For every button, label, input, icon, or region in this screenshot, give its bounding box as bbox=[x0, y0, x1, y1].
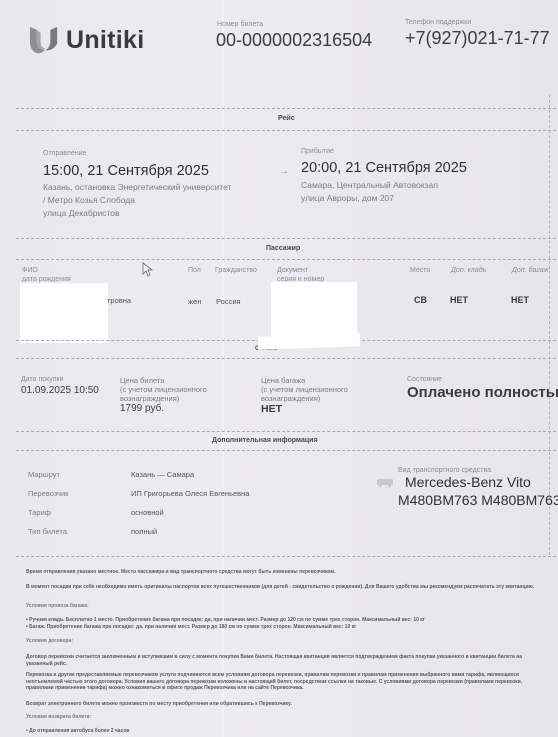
route-label: Маршрут bbox=[28, 470, 60, 479]
paper-edge bbox=[549, 95, 550, 555]
divider bbox=[16, 130, 556, 131]
support-phone-label: Телефон поддержки bbox=[405, 19, 471, 26]
ticket-number-label: Номер билета bbox=[217, 21, 263, 28]
divider bbox=[16, 450, 556, 451]
fine-print-baggage: • Багаж. Приобретение багажа при посадке… bbox=[26, 624, 550, 631]
section-title-additional: Дополнительная информация bbox=[212, 437, 318, 444]
divider bbox=[16, 259, 556, 260]
fine-print-contract-heading: Условия договора: bbox=[26, 638, 550, 645]
divider bbox=[16, 358, 556, 359]
passenger-carry-on: НЕТ bbox=[450, 295, 468, 305]
vehicle-plates: М480ВМ763 М480ВМ763 bbox=[398, 492, 558, 508]
mouse-cursor-icon bbox=[142, 262, 153, 277]
divider bbox=[16, 556, 556, 557]
redaction-overlap bbox=[258, 333, 360, 350]
section-title-trip: Рейс bbox=[278, 115, 295, 122]
baggage-price-sub: (с учетом лицензионного bbox=[261, 385, 348, 394]
arrival-address-line: улица Авроры, дом 207 bbox=[301, 192, 438, 205]
divider bbox=[16, 431, 556, 432]
col-document-label: Документ bbox=[277, 266, 324, 275]
departure-label: Отправление bbox=[43, 150, 86, 157]
tariff-value: основной bbox=[131, 508, 164, 517]
tariff-label: Тариф bbox=[28, 508, 51, 517]
ticket-price-label-block: Цена билета (с учетом лицензионного возн… bbox=[120, 376, 207, 403]
brand-logo: Unitiki bbox=[28, 24, 145, 57]
col-name: ФИО дата рождения bbox=[22, 266, 71, 284]
support-phone: +7(927)021-71-77 bbox=[405, 28, 550, 49]
carrier-label: Перевозчик bbox=[28, 489, 68, 498]
baggage-price-label: Цена багажа bbox=[261, 376, 348, 385]
ticket-price-sub: (с учетом лицензионного bbox=[120, 385, 207, 394]
departure-address-line: улица Декабристов bbox=[43, 207, 231, 220]
fine-print-refund-heading: Условия возврата билета: bbox=[26, 714, 550, 721]
fine-print-baggage-heading: Условия провоза багажа: bbox=[26, 603, 550, 610]
col-gender: Пол bbox=[188, 266, 201, 275]
departure-time: 15:00, 21 Сентября 2025 bbox=[43, 163, 209, 179]
col-carry-on: Доп. кладь bbox=[451, 266, 486, 275]
arrival-address: Самара, Центральный Автовокзал улица Авр… bbox=[301, 179, 438, 205]
fine-print-refund: Возврат электронного билета можно произв… bbox=[26, 701, 550, 708]
route-value: Казань — Самара bbox=[131, 470, 194, 479]
vehicle-model: Mercedes-Benz Vito bbox=[405, 474, 531, 490]
arrow-right-icon: → bbox=[279, 166, 289, 177]
purchase-date: 01.09.2025 10:50 bbox=[21, 385, 99, 396]
col-seat: Место bbox=[410, 266, 430, 275]
departure-address-line: / Метро Козья Слобода bbox=[43, 194, 231, 207]
passenger-name: тровна bbox=[107, 296, 131, 305]
passenger-gender: жен bbox=[188, 297, 201, 306]
fine-print-contract: Договор перевозки считается заключенным … bbox=[26, 654, 550, 667]
col-name-label: ФИО bbox=[22, 266, 71, 275]
fine-print-carriage: Перевозка и другие предоставляемые перев… bbox=[26, 672, 550, 692]
divider bbox=[16, 108, 556, 109]
status-label: Состояние bbox=[407, 376, 442, 383]
departure-address-line: Казань, остановка Энергетический универс… bbox=[43, 181, 231, 194]
carrier-value: ИП Григорьева Олеся Евгеньевна bbox=[131, 489, 249, 498]
redaction-name bbox=[20, 283, 108, 343]
col-citizenship: Гражданство bbox=[215, 266, 257, 275]
fine-print-time-note: Время отправления указано местное. Место… bbox=[26, 569, 550, 576]
payment-status: Оплачено полностью bbox=[407, 384, 558, 401]
divider bbox=[16, 238, 556, 239]
bus-icon bbox=[376, 478, 394, 488]
ticket-price-label: Цена билета bbox=[120, 376, 207, 385]
baggage-price: НЕТ bbox=[261, 403, 282, 415]
fine-print-documents: В момент посадки при себе необходимо име… bbox=[26, 584, 550, 591]
passenger-baggage: НЕТ bbox=[511, 295, 529, 305]
vehicle-label: Вид транспортного средства bbox=[398, 467, 491, 474]
baggage-price-label-block: Цена багажа (с учетом лицензионного возн… bbox=[261, 376, 348, 403]
arrival-label: Прибытие bbox=[301, 148, 334, 155]
fine-print-refund-terms: • До отправления автобуса более 2 часов bbox=[26, 728, 550, 735]
passenger-citizenship: Россия bbox=[216, 297, 241, 306]
brand-name: Unitiki bbox=[66, 26, 145, 55]
departure-address: Казань, остановка Энергетический универс… bbox=[43, 181, 231, 220]
ticket-page: Unitiki Номер билета 00-0000002316504 Те… bbox=[0, 0, 558, 737]
fine-print-carry-on: • Ручная кладь. Бесплатно 1 место. Приоб… bbox=[26, 617, 550, 624]
arrival-address-line: Самара, Центральный Автовокзал bbox=[301, 179, 438, 192]
col-baggage: Доп. багаж bbox=[512, 266, 548, 275]
ticket-number: 00-0000002316504 bbox=[216, 30, 372, 51]
section-title-passenger: Пассажир bbox=[266, 245, 300, 252]
ticket-type-label: Тип билета bbox=[28, 527, 67, 536]
arrival-time: 20:00, 21 Сентября 2025 bbox=[301, 160, 467, 176]
ticket-price: 1799 руб. bbox=[120, 403, 164, 414]
purchase-date-label: Дата покупки bbox=[21, 376, 64, 383]
passenger-seat: СВ bbox=[414, 295, 427, 305]
ticket-price-sub: вознаграждения) bbox=[120, 394, 207, 403]
baggage-price-sub: вознаграждения) bbox=[261, 394, 348, 403]
unitiki-logo-icon bbox=[28, 24, 61, 57]
ticket-type-value: полный bbox=[131, 527, 157, 536]
